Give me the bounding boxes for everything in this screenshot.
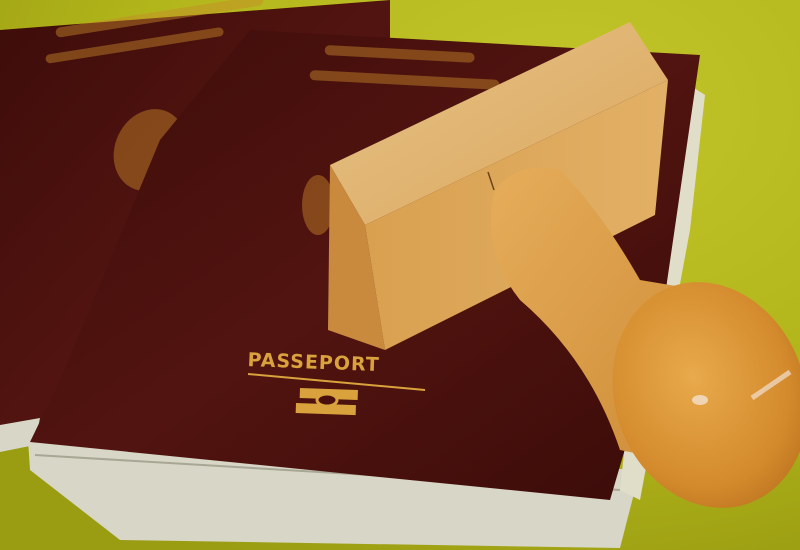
scene-illustration xyxy=(0,0,800,550)
photo-scene: PASSEPORT xyxy=(0,0,800,550)
